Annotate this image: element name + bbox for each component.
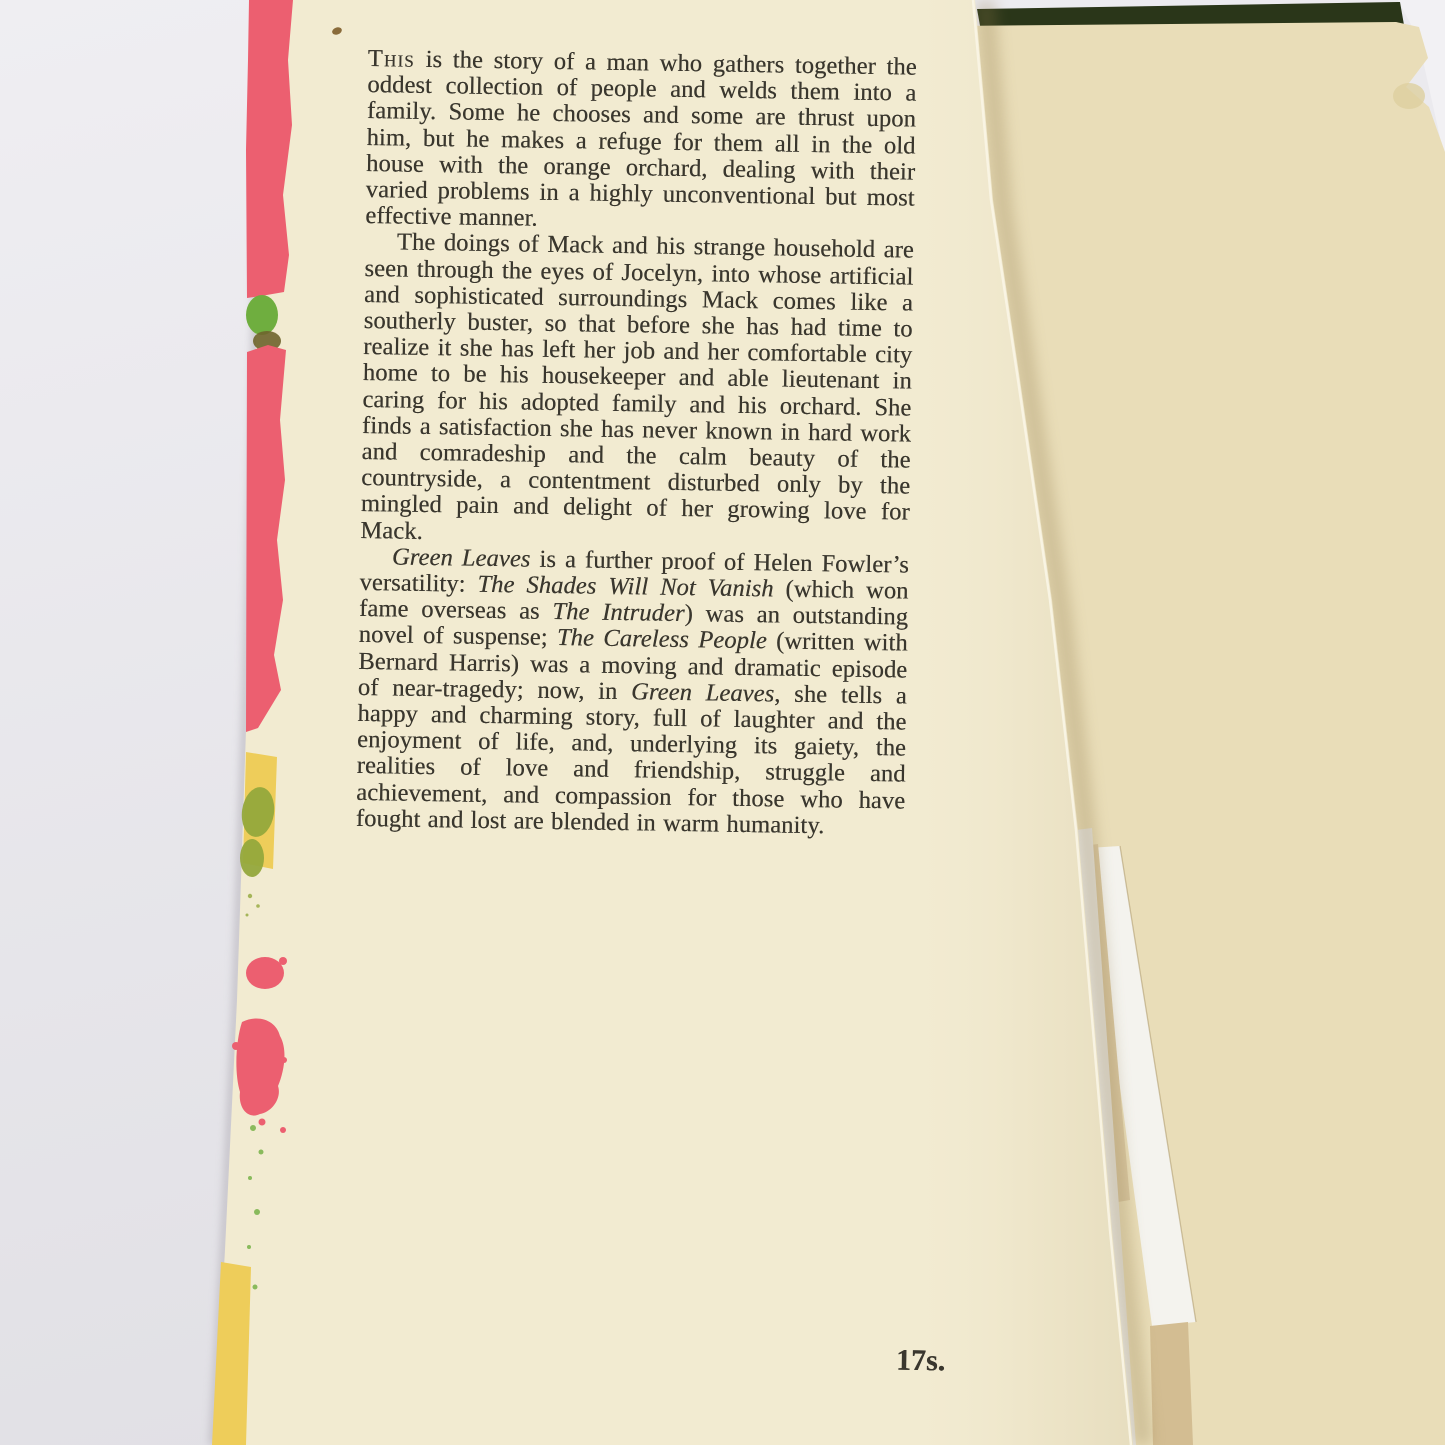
- flap-text-run: The doings of Mack and his strange house…: [360, 229, 914, 545]
- paper-stain: [1393, 83, 1425, 109]
- flap-paragraph: The doings of Mack and his strange house…: [360, 229, 914, 552]
- book-title-italic: Green Leaves: [631, 678, 775, 707]
- flap-paint-green-blob: [246, 295, 278, 335]
- price-label: 17s.: [896, 1344, 946, 1379]
- flap-blurb: This is the story of a man who gathers t…: [356, 46, 917, 841]
- flap-text-run: This: [368, 45, 416, 73]
- page-edges-tan-bottom: [1150, 1322, 1193, 1445]
- book-title-italic: Green Leaves: [392, 543, 531, 572]
- flap-paint-pink-dot: [279, 957, 287, 965]
- flap-text-run: , she tells a happy and charming story, …: [356, 680, 907, 839]
- photo-of-book-jacket-flap: This is the story of a man who gathers t…: [0, 0, 1445, 1445]
- flap-paragraph: This is the story of a man who gathers t…: [365, 46, 917, 238]
- flap-paint-olive-splotch-2: [240, 839, 264, 877]
- flap-paragraph: Green Leaves is a further proof of Helen…: [356, 544, 909, 841]
- flap-paint-pink-strip-upper: [246, 0, 293, 298]
- flap-paint-pink-splotch-small: [246, 957, 284, 989]
- flap-text-run: is the story of a man who gathers togeth…: [365, 46, 917, 232]
- book-title-italic: The Intruder: [552, 598, 685, 627]
